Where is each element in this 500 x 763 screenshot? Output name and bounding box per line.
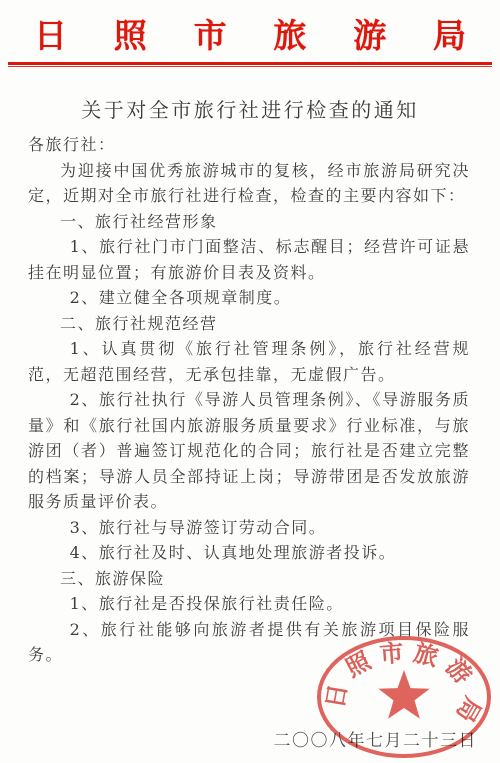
item-2-1: 1、认真贯彻《旅行社管理条例》，旅行社经营规范，无超范围经营，无承包挂靠，无虚假…	[28, 336, 470, 387]
item-2-4: 4、旅行社及时、认真地处理旅游者投诉。	[28, 540, 470, 566]
document-body: 各旅行社： 为迎接中国优秀旅游城市的复核，经市旅游局研究决定，近期对全市旅行社进…	[0, 132, 500, 668]
date-line: 二〇〇八年七月二十三日	[0, 726, 500, 751]
agency-name-char: 局	[433, 19, 466, 53]
item-2-3: 3、旅行社与导游签订劳动合同。	[28, 515, 470, 541]
intro-paragraph: 为迎接中国优秀旅游城市的复核，经市旅游局研究决定，近期对全市旅行社进行检查，检查…	[28, 158, 470, 209]
section-1-heading: 一、旅行社经营形象	[28, 209, 470, 235]
paragraph-list: 为迎接中国优秀旅游城市的复核，经市旅游局研究决定，近期对全市旅行社进行检查，检查…	[28, 158, 470, 668]
seal-star-icon	[378, 670, 429, 719]
section-2-heading: 二、旅行社规范经营	[28, 311, 470, 337]
letterhead-divider	[8, 62, 492, 67]
agency-name-char: 游	[353, 19, 386, 53]
agency-name-char: 照	[114, 19, 147, 53]
agency-name: 日照市旅游局	[0, 19, 500, 53]
agency-name-char: 市	[194, 19, 227, 53]
document-page: 日照市旅游局 关于对全市旅行社进行检查的通知 各旅行社： 为迎接中国优秀旅游城市…	[0, 0, 500, 763]
item-1-2: 2、建立健全各项规章制度。	[28, 285, 470, 311]
letterhead: 日照市旅游局	[0, 0, 500, 67]
item-1-1: 1、旅行社门市门面整洁、标志醒目；经营许可证悬挂在明显位置；有旅游价目表及资料。	[28, 234, 470, 285]
item-2-2: 2、旅行社执行《导游人员管理条例》、《导游服务质量》和《旅行社国内旅游服务质量要…	[28, 387, 470, 515]
salutation: 各旅行社：	[28, 132, 470, 158]
item-3-2: 2、旅行社能够向旅游者提供有关旅游项目保险服务。	[28, 617, 470, 668]
agency-name-char: 旅	[273, 19, 306, 53]
document-title: 关于对全市旅行社进行检查的通知	[0, 94, 500, 123]
section-3-heading: 三、旅游保险	[28, 566, 470, 592]
agency-name-char: 日	[34, 19, 67, 53]
item-3-1: 1、旅行社是否投保旅行社责任险。	[28, 591, 470, 617]
seal-text-arc	[345, 661, 463, 712]
